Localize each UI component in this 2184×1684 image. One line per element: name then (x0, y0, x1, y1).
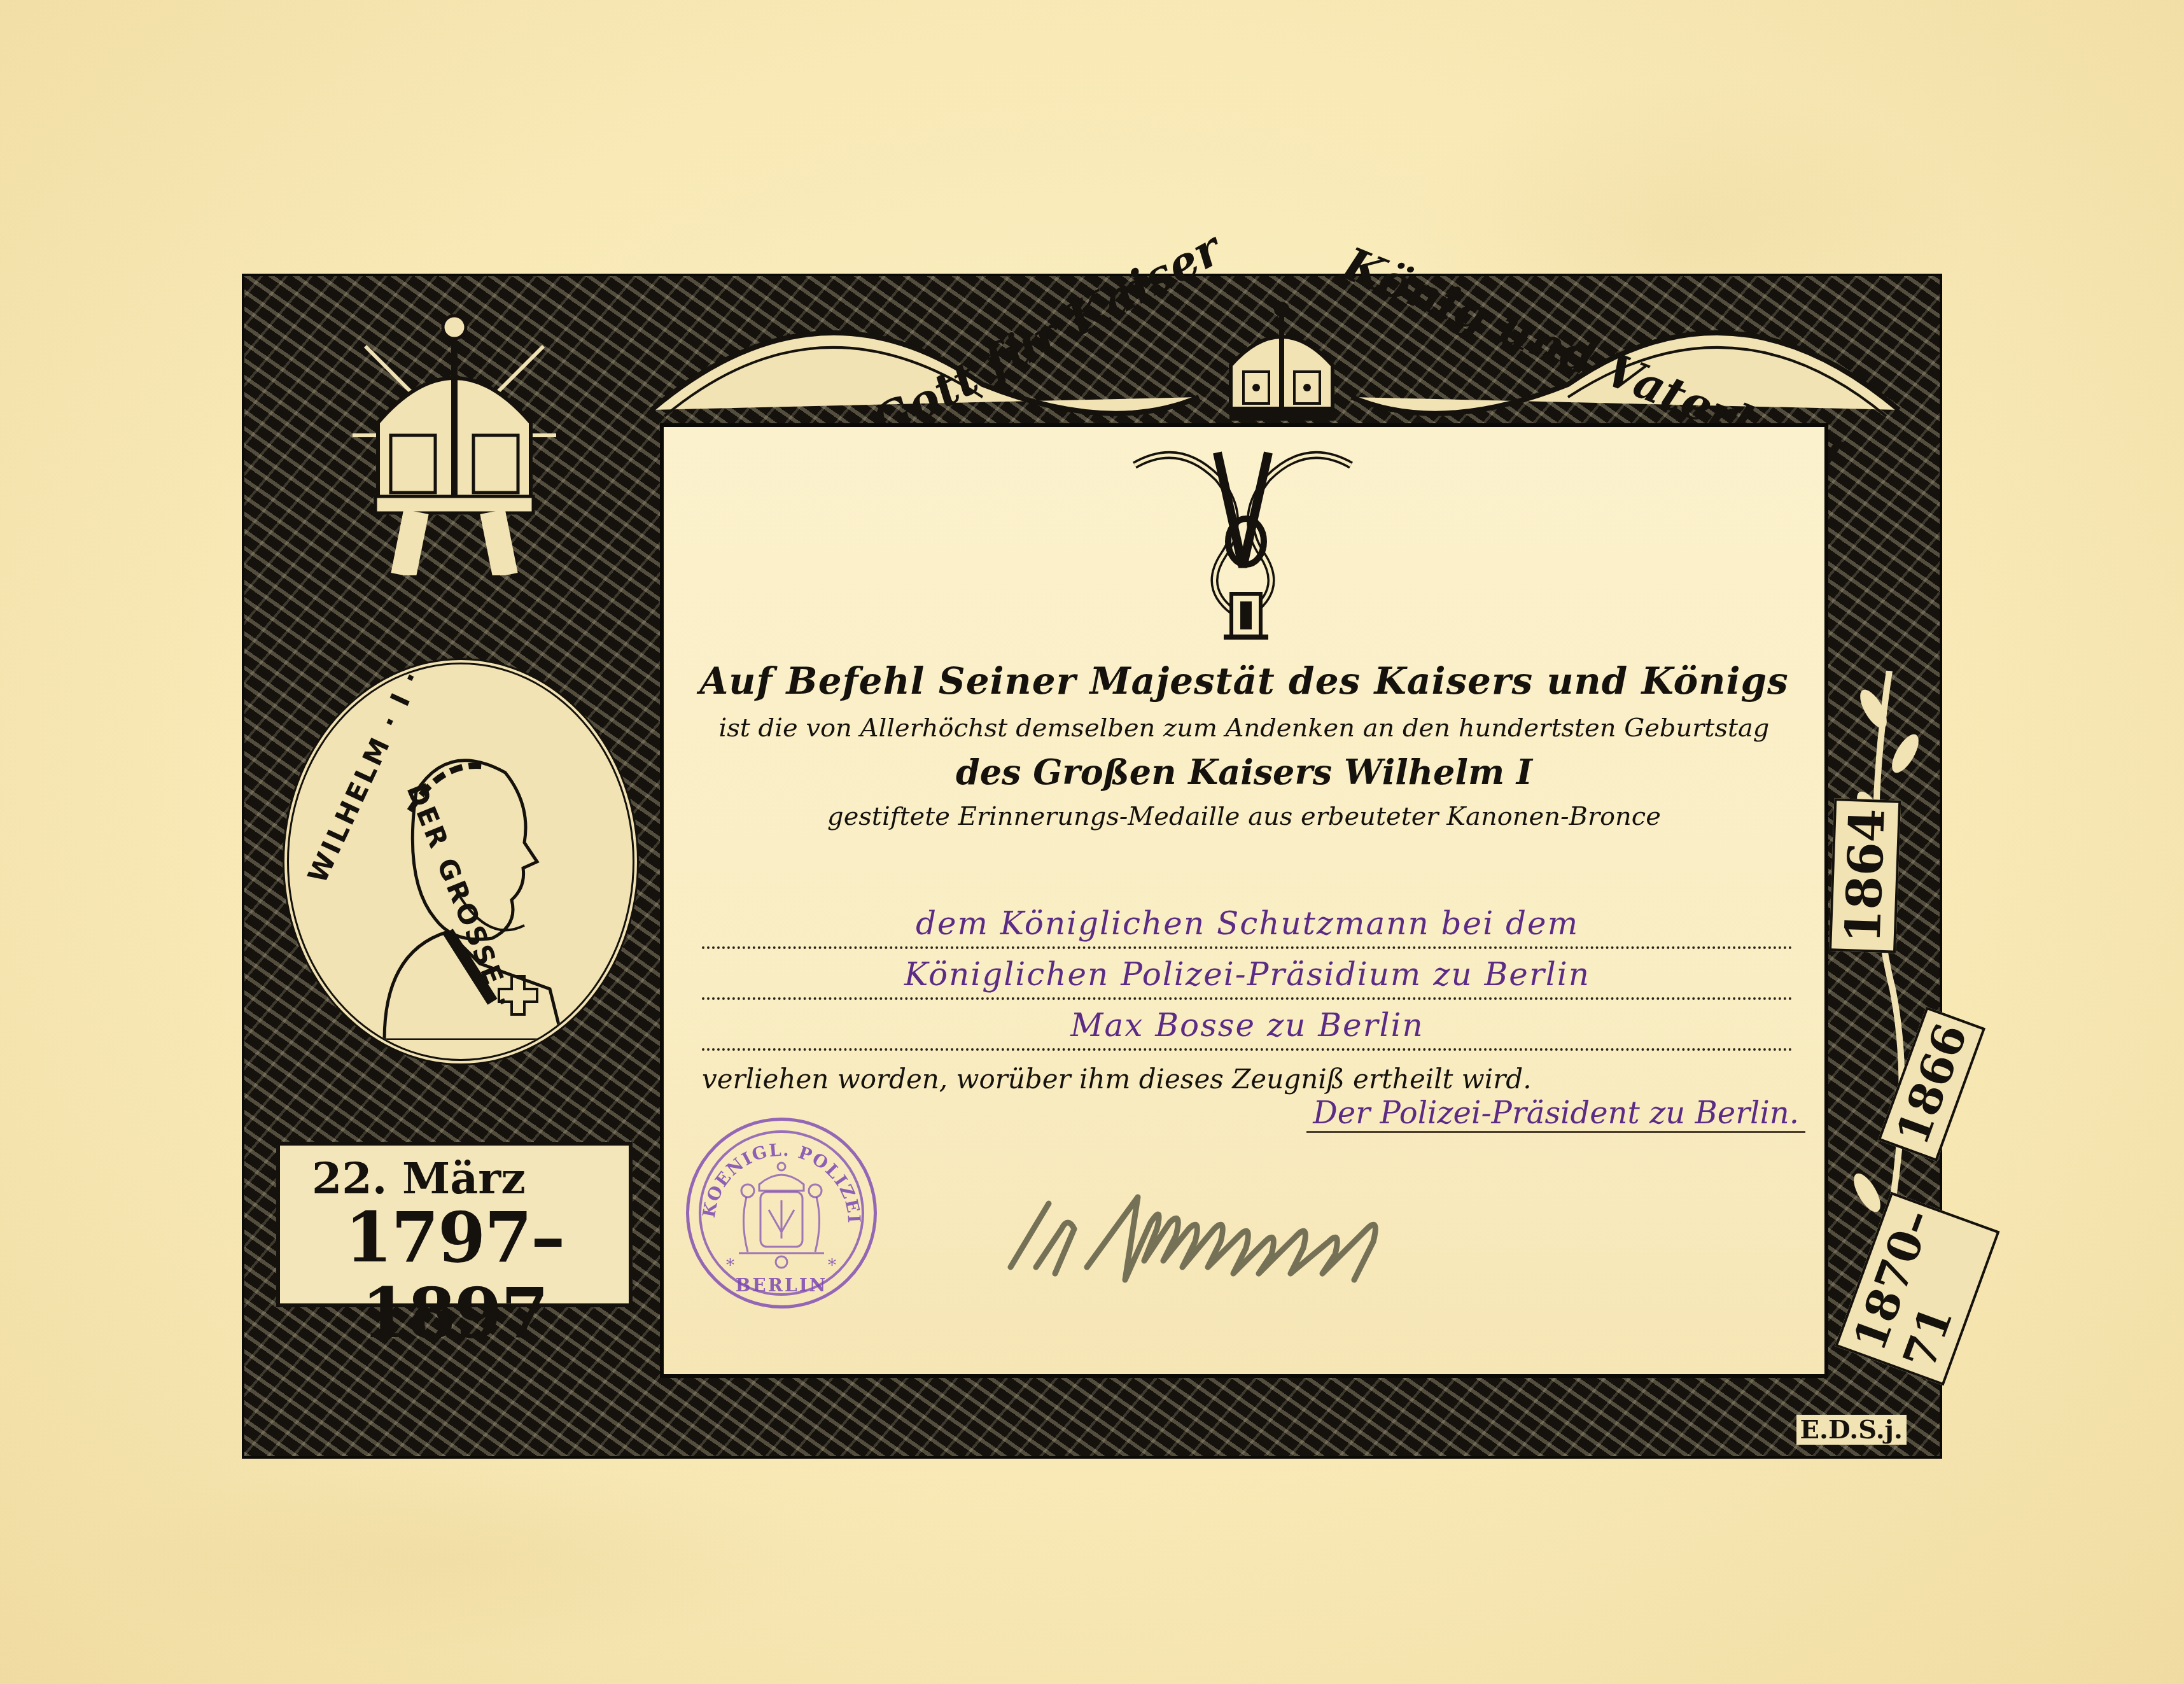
motto-banner: Mit Gott für Kaiser König und Vaterland (626, 283, 1924, 435)
certificate-text-panel: Auf Befehl Seiner Majestät des Kaisers u… (660, 423, 1828, 1378)
body-line-2: ist die von Allerhöchst demselben zum An… (664, 708, 1824, 748)
police-presidium-stamp: KOENIGL. POLIZEI-PRAESIDIUM * * BERLIN (686, 1118, 877, 1309)
certificate-body: Auf Befehl Seiner Majestät des Kaisers u… (664, 659, 1824, 837)
body-line-5: verliehen worden, worüber ihm dieses Zeu… (702, 1063, 1532, 1095)
stamp-ring-text: KOENIGL. POLIZEI-PRAESIDIUM (689, 1121, 864, 1224)
handwritten-line-2: Königlichen Polizei-Präsidium zu Berlin (702, 949, 1793, 1000)
stamp-star-right: * (828, 1256, 836, 1275)
imperial-crown-icon (1212, 295, 1352, 435)
body-line-1: Auf Befehl Seiner Majestät des Kaisers u… (664, 659, 1824, 704)
handwritten-line-1: dem Königlichen Schutzmann bei dem (702, 898, 1793, 949)
recipient-handwritten-block: dem Königlichen Schutzmann bei dem König… (702, 898, 1793, 1051)
wilhelm-medallion: WILHELM · I · DER GROSSE · (283, 658, 639, 1065)
issuer-title: Der Polizei-Präsident zu Berlin. (1306, 1095, 1805, 1133)
imperial-crown-icon (353, 308, 556, 575)
ribbon-date-1864: 1864 (1829, 799, 1901, 953)
signature-von-windheim: von Windheim (998, 1191, 1418, 1286)
stamp-star-left: * (726, 1256, 734, 1275)
paper-stain (64, 1464, 827, 1655)
body-line-3: des Großen Kaisers Wilhelm I (664, 748, 1824, 797)
date-years: 1797–1897 (280, 1200, 629, 1352)
birthday-date-banner: 22. März 1797–1897 (276, 1142, 633, 1307)
war-dates-ribbon: 1864 1866 1870–71 (1835, 671, 1943, 1295)
left-ornament-panel: WILHELM · I · DER GROSSE · 22. März 1797… (257, 289, 652, 1447)
stamp-bottom-text: BERLIN (736, 1275, 828, 1296)
stamp-ring-icon: KOENIGL. POLIZEI-PRAESIDIUM * * BERLIN (689, 1121, 874, 1305)
svg-text:KOENIGL. POLIZEI-PRAESIDIUM: KOENIGL. POLIZEI-PRAESIDIUM (689, 1121, 864, 1224)
date-day: 22. März (280, 1157, 629, 1200)
handwritten-line-3: Max Bosse zu Berlin (702, 1000, 1793, 1051)
royal-cipher-monogram-icon (1122, 427, 1364, 643)
artist-monogram: E.D.S.j. (1796, 1415, 1907, 1445)
emperor-portrait-icon (359, 734, 575, 1040)
body-line-4: gestiftete Erinnerungs-Medaille aus erbe… (664, 796, 1824, 837)
